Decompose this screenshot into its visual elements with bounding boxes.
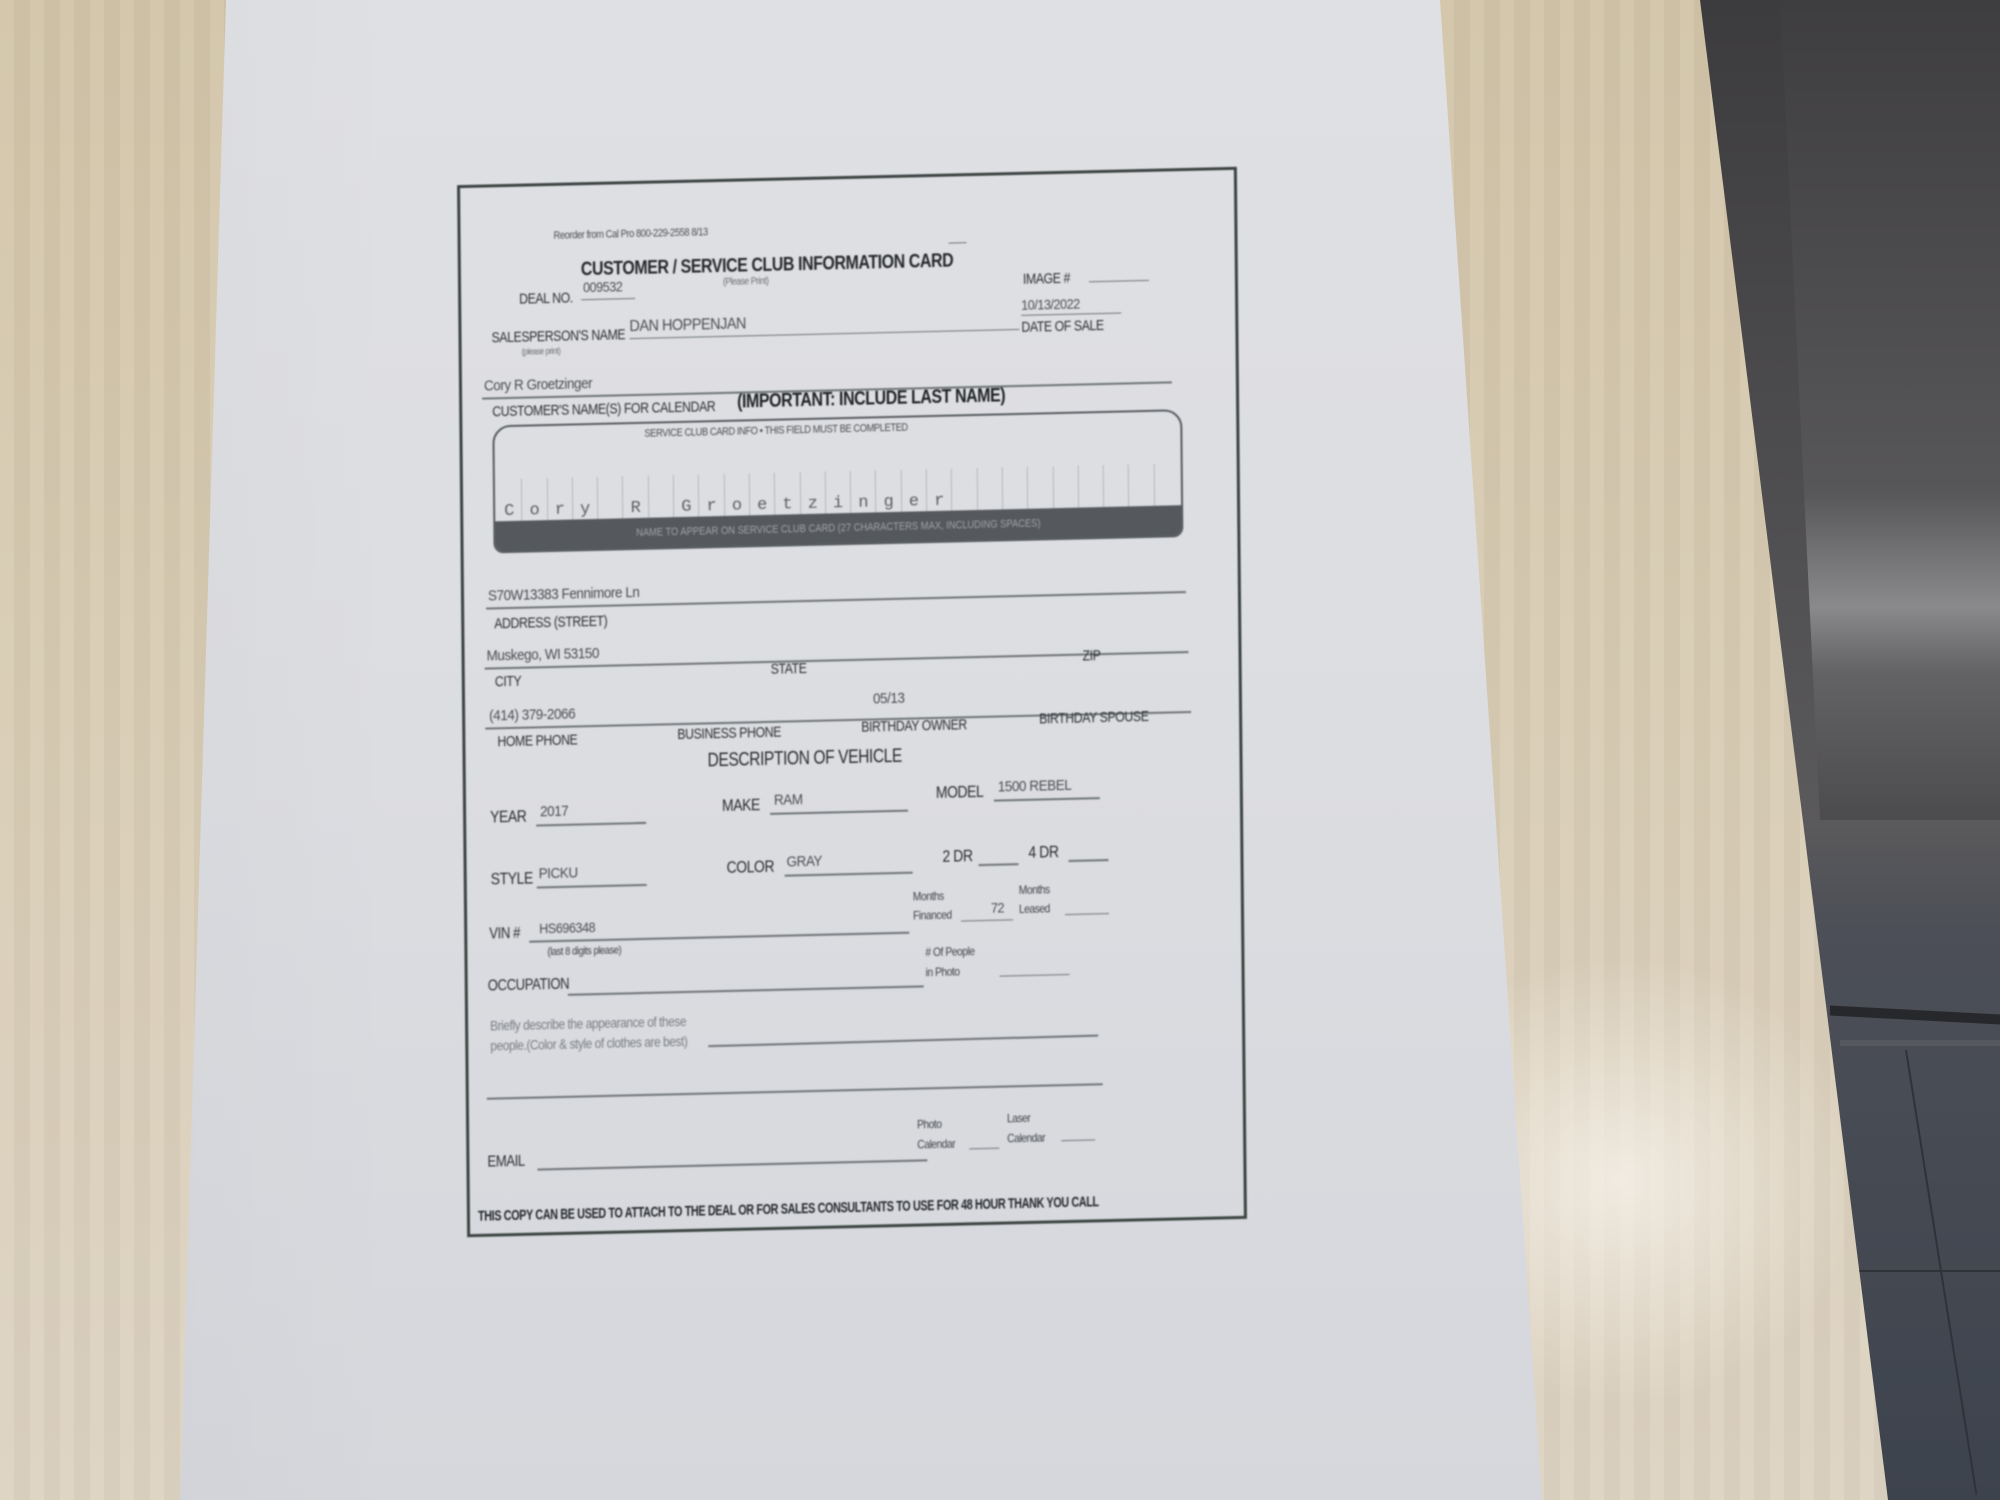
occupation-label: OCCUPATION — [488, 976, 570, 996]
customer-names-value[interactable]: Cory R Groetzinger — [484, 375, 592, 395]
salesperson-value[interactable]: DAN HOPPENJAN — [629, 315, 746, 336]
photo-calendar-label-2: Calendar — [917, 1137, 955, 1152]
photo-calendar-label-1: Photo — [917, 1117, 942, 1132]
people-in-photo-field[interactable] — [1000, 974, 1070, 977]
people-in-photo-label-1: # Of People — [925, 944, 974, 959]
email-field[interactable] — [537, 1159, 927, 1170]
character-cell[interactable]: r — [699, 474, 725, 519]
vin-value[interactable]: HS696348 — [539, 919, 595, 936]
people-in-photo-label-2: in Photo — [926, 965, 960, 980]
home-phone-label: HOME PHONE — [497, 731, 577, 750]
decor-dash — [949, 242, 967, 243]
make-value[interactable]: RAM — [774, 791, 803, 809]
state-label: STATE — [771, 660, 807, 678]
appearance-label-2: people.(Color & style of clothes are bes… — [490, 1033, 687, 1054]
two-door-field[interactable] — [979, 863, 1019, 866]
character-cell[interactable]: y — [573, 477, 599, 522]
footer-note: THIS COPY CAN BE USED TO ATTACH TO THE D… — [478, 1193, 1099, 1225]
model-value[interactable]: 1500 REBEL — [998, 777, 1072, 796]
year-line — [536, 822, 646, 827]
character-cell[interactable] — [952, 468, 978, 513]
home-phone-value[interactable]: (414) 379-2066 — [489, 706, 575, 725]
year-value[interactable]: 2017 — [540, 803, 568, 821]
character-cell[interactable] — [977, 467, 1003, 512]
character-cell[interactable]: n — [851, 470, 877, 515]
chair-rail-highlight — [1840, 1040, 2000, 1046]
character-cell[interactable]: o — [724, 473, 750, 518]
character-cell[interactable]: o — [522, 478, 548, 523]
photo-calendar-field[interactable] — [969, 1148, 999, 1150]
color-value[interactable]: GRAY — [786, 853, 822, 871]
date-of-sale-label: DATE OF SALE — [1021, 317, 1103, 336]
character-cell[interactable]: R — [623, 476, 649, 521]
email-label: EMAIL — [487, 1153, 524, 1172]
deal-no-label: DEAL NO. — [519, 289, 573, 307]
vehicle-heading: DESCRIPTION OF VEHICLE — [707, 746, 902, 773]
character-cell[interactable] — [1154, 463, 1179, 508]
city-label: CITY — [495, 673, 522, 691]
appearance-field[interactable] — [708, 1035, 1098, 1048]
months-leased-label-2: Leased — [1019, 901, 1050, 916]
months-financed-label-1: Months — [913, 889, 944, 904]
color-label: COLOR — [727, 857, 775, 878]
style-value[interactable]: PICKU — [539, 865, 578, 883]
floor-tile-seam — [1905, 1050, 1977, 1495]
floor-tile-seam — [1850, 1270, 2000, 1272]
salesperson-sublabel: (please print) — [522, 346, 561, 357]
four-door-field[interactable] — [1069, 859, 1109, 862]
four-door-label: 4 DR — [1028, 842, 1058, 863]
salesperson-label: SALESPERSON'S NAME — [491, 326, 625, 346]
laser-calendar-label-2: Calendar — [1007, 1131, 1045, 1146]
character-cell[interactable] — [598, 476, 624, 521]
laser-calendar-label-1: Laser — [1007, 1111, 1031, 1126]
date-of-sale-line — [1021, 313, 1121, 316]
customer-info-card: Reorder from Cal Pro 800-229-2558 8/13 C… — [457, 167, 1247, 1237]
year-label: YEAR — [490, 807, 527, 828]
two-door-label: 2 DR — [942, 846, 972, 867]
color-line — [785, 872, 913, 877]
vin-note: (last 8 digits please) — [547, 945, 621, 959]
address-label: ADDRESS (STREET) — [494, 613, 607, 633]
chair — [1780, 0, 2000, 820]
deal-no-value[interactable]: 009532 — [583, 278, 622, 295]
character-cell[interactable]: i — [826, 471, 852, 516]
character-cell[interactable]: e — [902, 469, 928, 514]
date-of-sale-value[interactable]: 10/13/2022 — [1021, 296, 1080, 313]
months-financed-value[interactable]: 72 — [991, 899, 1004, 915]
please-print-note: (Please Print) — [723, 276, 769, 288]
important-note: (IMPORTANT: INCLUDE LAST NAME) — [737, 385, 1005, 413]
character-cell[interactable] — [1028, 466, 1054, 511]
birthday-owner-value[interactable]: 05/13 — [873, 690, 905, 708]
model-label: MODEL — [936, 782, 984, 803]
character-cell[interactable] — [1053, 466, 1079, 511]
customer-names-label: CUSTOMER'S NAME(S) FOR CALENDAR — [492, 398, 715, 420]
style-line — [537, 884, 647, 889]
character-cell[interactable]: G — [674, 475, 700, 520]
service-club-header: SERVICE CLUB CARD INFO • THIS FIELD MUST… — [644, 422, 907, 440]
deal-no-line — [581, 298, 635, 300]
business-phone-label: BUSINESS PHONE — [677, 724, 781, 743]
character-cell[interactable]: g — [876, 470, 902, 515]
appearance-field-2[interactable] — [487, 1083, 1103, 1100]
city-state-zip-value[interactable]: Muskego, WI 53150 — [486, 645, 599, 665]
character-cell[interactable]: r — [927, 469, 953, 514]
address-value[interactable]: S70W13383 Fennimore Ln — [488, 584, 640, 605]
character-cell[interactable]: t — [775, 472, 801, 517]
months-financed-label-2: Financed — [913, 908, 952, 923]
character-cell[interactable]: r — [547, 478, 573, 523]
character-cell[interactable]: z — [800, 472, 826, 517]
character-cell[interactable] — [1003, 467, 1029, 512]
chair-rail — [1830, 1006, 2000, 1025]
model-line — [994, 797, 1100, 801]
character-cell[interactable] — [1104, 464, 1130, 509]
appearance-label-1: Briefly describe the appearance of these — [490, 1013, 686, 1034]
vin-label: VIN # — [489, 925, 520, 944]
make-label: MAKE — [722, 795, 760, 816]
laser-calendar-field[interactable] — [1061, 1139, 1095, 1141]
image-no-label: IMAGE # — [1023, 270, 1070, 288]
birthday-owner-label: BIRTHDAY OWNER — [861, 716, 967, 735]
character-cell[interactable] — [1129, 464, 1155, 509]
months-financed-line — [961, 919, 1013, 921]
character-cell[interactable] — [1079, 465, 1105, 510]
zip-label: ZIP — [1082, 647, 1100, 664]
image-no-field[interactable] — [1089, 280, 1149, 282]
make-line — [770, 810, 908, 815]
character-cell[interactable] — [649, 475, 675, 520]
service-club-card-field[interactable]: SERVICE CLUB CARD INFO • THIS FIELD MUST… — [492, 409, 1183, 553]
character-cell[interactable]: C — [497, 479, 523, 524]
reorder-note: Reorder from Cal Pro 800-229-2558 8/13 — [553, 226, 707, 242]
birthday-spouse-label: BIRTHDAY SPOUSE — [1039, 708, 1149, 728]
occupation-field[interactable] — [568, 985, 924, 995]
style-label: STYLE — [491, 869, 533, 890]
months-leased-field[interactable] — [1065, 913, 1109, 915]
months-leased-label-1: Months — [1019, 882, 1050, 897]
service-club-band-label: NAME TO APPEAR ON SERVICE CLUB CARD (27 … — [636, 518, 1041, 540]
character-cell[interactable]: e — [750, 473, 776, 518]
